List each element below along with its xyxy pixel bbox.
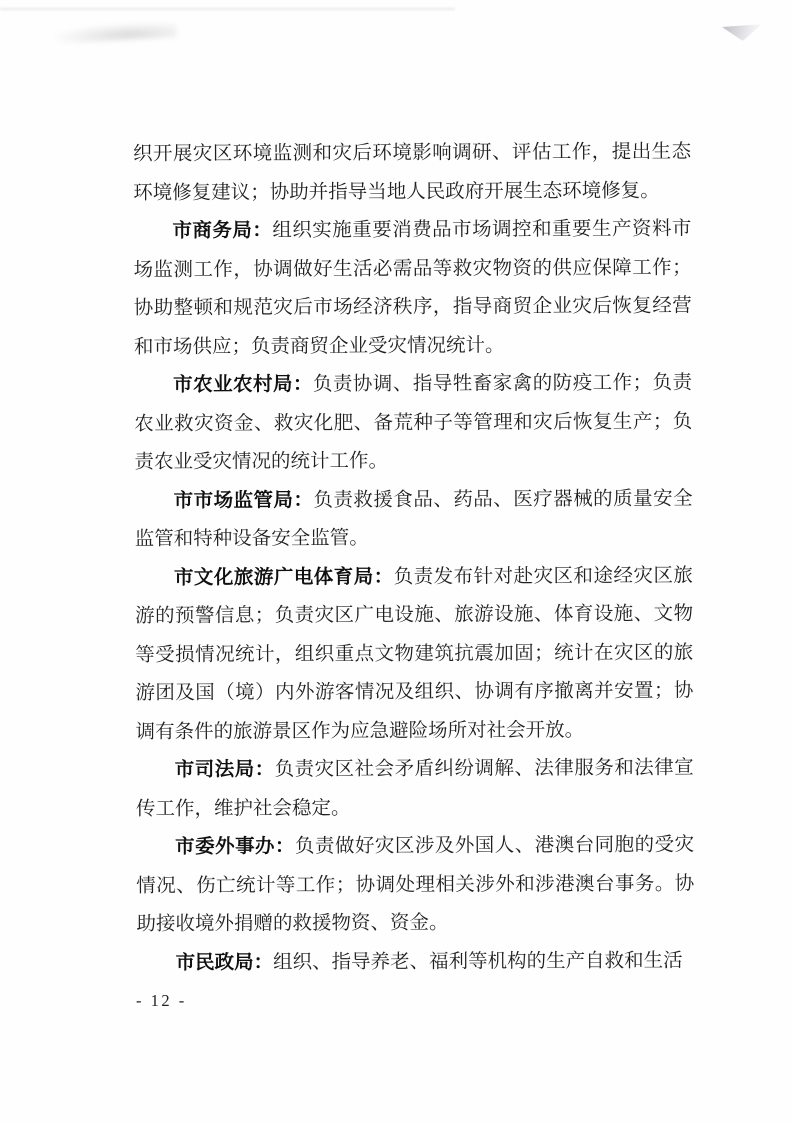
- scan-edge-shadow: [0, 8, 455, 10]
- scan-smudge-top-left: [55, 21, 178, 44]
- paragraph-text: 负责发布针对赴灾区和途经灾区旅游的预警信息；负责灾区广电设施、旅游设施、体育设施…: [135, 565, 693, 742]
- department-heading: 市市场监管局：: [174, 490, 314, 512]
- scan-smudge-top-right: [722, 24, 762, 41]
- department-heading: 市司法局：: [175, 759, 275, 780]
- paragraph-text: 组织、指导养老、福利等机构的生产自救和生活: [273, 950, 683, 973]
- paragraph: 市委外事办：负责做好灾区涉及外国人、港澳台同胞的受灾情况、伤亡统计等工作；协调处…: [136, 827, 694, 945]
- document-body: 织开展灾区环境监测和灾后环境影响调研、评估工作，提出生态环境修复建议；协助并指导…: [133, 134, 695, 983]
- paragraph-text: 织开展灾区环境监测和灾后环境影响调研、评估工作，提出生态环境修复建议；协助并指导…: [133, 142, 691, 204]
- department-heading: 市农业农村局：: [173, 374, 313, 396]
- paragraph: 市商务局：组织实施重要消费品市场调控和重要生产资料市场监测工作，协调做好生活必需…: [133, 211, 692, 367]
- department-heading: 市文化旅游广电体育局：: [174, 566, 394, 588]
- paragraph: 市司法局：负责灾区社会矛盾纠纷调解、法律服务和法律宣传工作，维护社会稳定。: [136, 750, 694, 829]
- department-heading: 市民政局：: [176, 952, 274, 973]
- page-number: - 12 -: [136, 991, 187, 1011]
- scanned-document-page: 织开展灾区环境监测和灾后环境影响调研、评估工作，提出生态环境修复建议；协助并指导…: [0, 0, 793, 1122]
- paragraph: 市农业农村局：负责协调、指导牲畜家禽的防疫工作；负责农业救灾资金、救灾化肥、备荒…: [134, 365, 692, 483]
- paragraph: 市市场监管局：负责救援食品、药品、医疗器械的质量安全监管和特种设备安全监管。: [135, 480, 693, 559]
- paragraph: 市民政局：组织、指导养老、福利等机构的生产自救和生活: [137, 942, 695, 983]
- department-heading: 市商务局：: [172, 220, 272, 241]
- paragraph: 市文化旅游广电体育局：负责发布针对赴灾区和途经灾区旅游的预警信息；负责灾区广电设…: [135, 557, 694, 752]
- paragraph: 织开展灾区环境监测和灾后环境影响调研、评估工作，提出生态环境修复建议；协助并指导…: [133, 134, 691, 213]
- department-heading: 市委外事办：: [175, 836, 295, 858]
